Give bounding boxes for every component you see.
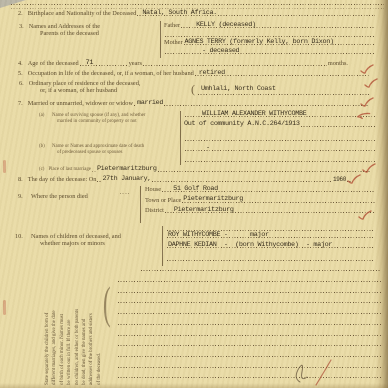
field-last-marriage-place: (c) Place of last marriage Pietermaritzb… — [39, 166, 372, 173]
occupation-value: retired — [199, 70, 225, 77]
margin-note-line: be written out in full. If there are — [66, 281, 73, 385]
father-value: KELLY (deceased) — [196, 22, 256, 29]
item7a-number: (a) — [39, 113, 44, 119]
predeceased-spouse-value: - — [206, 145, 210, 152]
item3-label-1: Names and Addresses of the — [29, 23, 100, 30]
item10-number: 10. — [15, 233, 23, 240]
item10-label-1: Names of children of deceased, and — [31, 233, 121, 240]
item8-label: The day of the decease: On — [28, 176, 97, 183]
margin-note-line: of birth of each minor. Names must — [59, 281, 66, 385]
margin-note-line: different marriages, and give the date — [51, 281, 58, 385]
item5-label: Occupation in life of the deceased, or, … — [28, 70, 194, 77]
spouse-blank-line-2 — [184, 156, 376, 163]
field-death-date: 8. The day of the decease: On 27th Janua… — [18, 176, 354, 183]
marriage-type-value: Out of community A.N.C.264/1913 — [184, 121, 300, 128]
continuation-brace: ( — [103, 276, 111, 329]
ink-smudge — [3, 160, 6, 173]
field-predeceased-spouse: - — [184, 145, 376, 152]
item7a-label-1: Name of surviving spouse (if any), and w… — [52, 113, 145, 119]
continuation-line-3 — [117, 297, 383, 304]
item4-months-label: months. — [328, 60, 348, 67]
margin-note-line: of the deceased. — [96, 281, 103, 385]
field-marital-status: 7. Married or unmarried, widower or wido… — [18, 100, 370, 107]
age-value: 71 — [86, 60, 93, 67]
town-value: Pietermaritzburg — [183, 196, 243, 203]
spouse-name-value: WILLIAM ALEXANDER WITHYCOMBE — [202, 111, 306, 118]
field-marriage-type: Out of community A.N.C.264/1913 — [184, 121, 376, 128]
death-notice-form-page: 2. Birthplace and Nationality of the Dec… — [0, 0, 388, 388]
red-checkmark-icon — [358, 210, 372, 221]
district-value: Pietermaritzburg — [174, 207, 234, 214]
father-blank-line — [164, 31, 376, 38]
item6-label-row1: 6. Ordinary place of residence of the de… — [19, 80, 140, 87]
house-label: House — [145, 186, 161, 193]
item10-label-2: whether majors or minors — [40, 240, 105, 247]
residence-line — [197, 89, 372, 96]
item6-number: 6. — [19, 80, 24, 87]
continuation-line-8 — [117, 351, 383, 358]
item9-number: 9. — [18, 193, 23, 200]
page-bottom-shadow — [0, 383, 388, 388]
item3-label-row1: 3. Names and Addresses of the — [19, 23, 100, 30]
margin-note-line: no children, and either or both parents — [74, 281, 81, 385]
field-mother: Mother AGNES TERRY (formerly Kelly, born… — [164, 39, 376, 46]
item4-label: Age of the deceased — [28, 60, 79, 67]
death-year-value: 1960 — [333, 176, 346, 183]
field-birthplace: 2. Birthplace and Nationality of the Dec… — [18, 10, 376, 17]
town-label: Town or Place — [145, 197, 181, 204]
item4-years-label: years — [129, 60, 142, 67]
item3-number: 3. — [19, 23, 24, 30]
mother-label: Mother — [164, 39, 183, 46]
field-age: 4. Age of the deceased 71 years months. — [18, 60, 348, 67]
birthplace-value: Natal, South Africa. — [142, 10, 217, 17]
red-checkmark-icon — [360, 97, 374, 108]
item3-divider — [160, 21, 161, 58]
spouse-blank-line-1 — [184, 135, 376, 142]
continuation-line-9 — [117, 362, 383, 369]
margin-note-line: addresses of the brothers and sisters — [88, 281, 95, 385]
margin-instruction-note: State separately the children born of di… — [44, 281, 103, 385]
field-child-1: ROY WITHYCOMBE - major — [166, 232, 376, 239]
field-occupation: 5. Occupation in life of the deceased, o… — [18, 70, 370, 77]
item6-label-2: or, if a woman, of her husband — [40, 87, 117, 94]
continuation-line-2 — [117, 287, 383, 294]
red-checkmark-icon — [362, 163, 376, 174]
item7c-label: Place of last marriage — [48, 167, 91, 173]
red-checkmark-icon — [347, 174, 361, 185]
item6-bracket: ( — [191, 82, 195, 97]
field-death-district: District Pietermaritzburg — [145, 207, 376, 214]
continuation-line-0 — [140, 265, 382, 272]
item7-label: Married or unmarried, widower or widow — [28, 100, 133, 107]
item6-label-row2: or, if a woman, of her husband — [40, 87, 117, 94]
field-death-house: House 51 Golf Road — [145, 186, 376, 193]
item7ab-divider — [180, 111, 181, 165]
district-label: District — [145, 207, 164, 214]
continuation-line-5 — [117, 319, 383, 326]
child-1-value: ROY WITHYCOMBE - major — [168, 232, 269, 239]
father-label: Father — [164, 22, 180, 29]
field-father: Father KELLY (deceased) — [164, 22, 376, 29]
children-blank-line-2 — [166, 255, 376, 262]
item9-divider — [140, 186, 141, 223]
item7b-number: (b) — [39, 144, 45, 150]
item5-number: 5. — [18, 70, 23, 77]
item7c-number: (c) — [39, 167, 44, 173]
field-spouse-name: WILLIAM ALEXANDER WITHYCOMBE — [184, 111, 376, 118]
item7-number: 7. — [18, 100, 23, 107]
item7b-label-2: of predeceased spouse or spouses — [57, 150, 122, 156]
margin-note-line: State separately the children born of — [44, 281, 51, 385]
margin-note-line: be dead, then give the names and — [81, 281, 88, 385]
marital-status-value: married — [137, 100, 163, 107]
last-marriage-place-value: Pietermaritzburg — [97, 166, 157, 173]
item4-number: 4. — [18, 60, 23, 67]
item6-label-1: Ordinary place of residence of the decea… — [29, 80, 141, 87]
item2-label: Birthplace and Nationality of the Deceas… — [28, 10, 137, 17]
mother-value-line2: - deceased — [164, 48, 376, 55]
ink-smudge — [3, 300, 6, 315]
item3-label-2: Parents of the deceased — [40, 30, 99, 37]
page-edge-shadow — [375, 0, 388, 388]
continuation-line-10 — [117, 372, 383, 379]
mother-value: AGNES TERRY (formerly Kelly, born Dixon) — [185, 39, 334, 46]
house-value: 51 Golf Road — [173, 186, 218, 193]
item3-label-row2: Parents of the deceased — [40, 30, 99, 37]
item10-divider — [162, 226, 163, 266]
field-death-town: Town or Place Pietermaritzburg — [145, 197, 376, 204]
item8-number: 8. — [18, 176, 23, 183]
item7b-label-1: Name or Names and approximate date of de… — [52, 144, 144, 150]
mother-value-2: - deceased — [202, 48, 239, 55]
field-child-2: DAPHNE KEDIAN - (born Withycombe) - majo… — [166, 242, 376, 249]
continuation-line-4 — [117, 308, 383, 315]
child-2-value: DAPHNE KEDIAN - (born Withycombe) - majo… — [168, 242, 332, 249]
item9-label: Where the person died — [31, 193, 88, 200]
continuation-line-6 — [117, 330, 383, 337]
item9-dots — [119, 188, 131, 195]
death-date-value: 27th January, — [102, 176, 150, 183]
continuation-line-7 — [117, 340, 383, 347]
red-checkmark-icon — [360, 64, 374, 75]
continuation-line-1 — [117, 276, 383, 283]
item7a-label-2: married in community of property or not — [57, 119, 137, 125]
item2-number: 2. — [18, 10, 23, 17]
